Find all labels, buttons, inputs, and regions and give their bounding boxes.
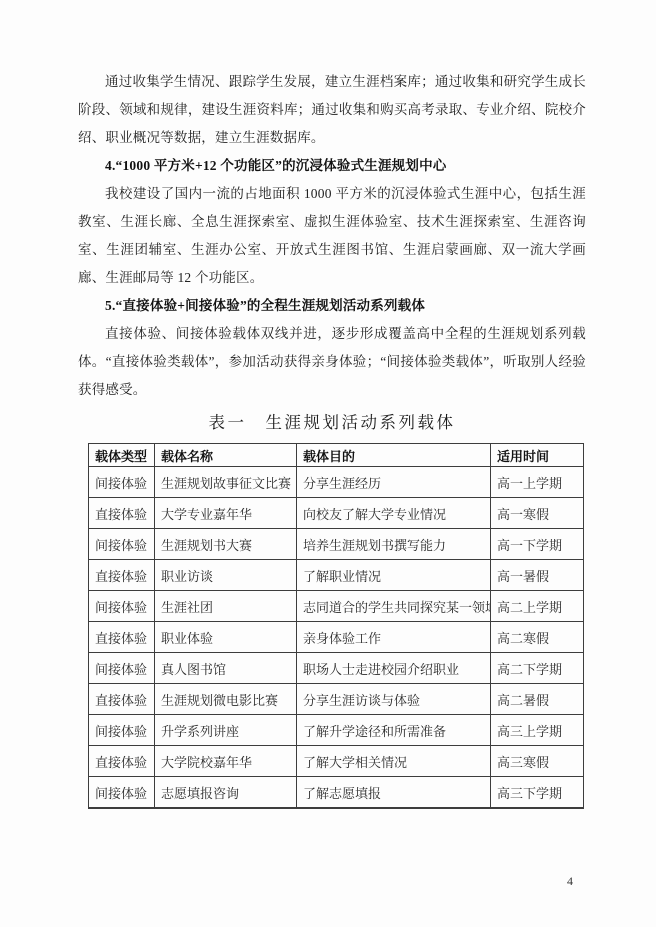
document-page: 通过收集学生情况、跟踪学生发展，建立生涯档案库；通过收集和研究学生成长阶段、领域…	[0, 0, 656, 927]
table-row: 间接体验生涯规划故事征文比赛分享生涯经历高一上学期	[89, 467, 584, 498]
table-cell: 高三上学期	[491, 715, 584, 746]
table-row: 间接体验生涯规划书大赛培养生涯规划书撰写能力高一下学期	[89, 529, 584, 560]
table-cell: 高一暑假	[491, 560, 584, 591]
table-cell: 间接体验	[89, 529, 155, 560]
career-activities-table: 载体类型 载体名称 载体目的 适用时间 间接体验生涯规划故事征文比赛分享生涯经历…	[88, 443, 584, 809]
table-cell: 生涯规划故事征文比赛	[155, 467, 297, 498]
paragraph-carriers-description: 直接体验、间接体验载体双线并进，逐步形成覆盖高中全程的生涯规划系列载体。“直接体…	[78, 320, 586, 404]
table-cell: 生涯规划微电影比赛	[155, 684, 297, 715]
table-cell: 生涯社团	[155, 591, 297, 622]
table-cell: 志愿填报咨询	[155, 777, 297, 809]
table-cell: 间接体验	[89, 715, 155, 746]
table-cell: 高二寒假	[491, 622, 584, 653]
paragraph-career-database: 通过收集学生情况、跟踪学生发展，建立生涯档案库；通过收集和研究学生成长阶段、领域…	[78, 68, 586, 152]
table-cell: 职业体验	[155, 622, 297, 653]
table-cell: 亲身体验工作	[297, 622, 491, 653]
table-header-row: 载体类型 载体名称 载体目的 适用时间	[89, 444, 584, 467]
heading-section-4-career-center: 4.“1000 平方米+12 个功能区”的沉浸体验式生涯规划中心	[78, 152, 586, 180]
table-cell: 了解志愿填报	[297, 777, 491, 809]
table-cell: 高二下学期	[491, 653, 584, 684]
table-cell: 职业访谈	[155, 560, 297, 591]
table-cell: 直接体验	[89, 746, 155, 777]
table-cell: 高一上学期	[491, 467, 584, 498]
page-content: 通过收集学生情况、跟踪学生发展，建立生涯档案库；通过收集和研究学生成长阶段、领域…	[78, 68, 586, 809]
table-row: 间接体验生涯社团志同道合的学生共同探究某一领域高二上学期	[89, 591, 584, 622]
table-cell: 了解升学途径和所需准备	[297, 715, 491, 746]
table-cell: 向校友了解大学专业情况	[297, 498, 491, 529]
table-row: 间接体验真人图书馆职场人士走进校园介绍职业高二下学期	[89, 653, 584, 684]
table-cell: 高二上学期	[491, 591, 584, 622]
table-cell: 直接体验	[89, 560, 155, 591]
table-cell: 高一寒假	[491, 498, 584, 529]
page-number: 4	[563, 874, 577, 889]
heading-section-5-activity-carriers: 5.“直接体验+间接体验”的全程生涯规划活动系列载体	[78, 292, 586, 320]
table-cell: 了解大学相关情况	[297, 746, 491, 777]
column-header-applicable-time: 适用时间	[491, 444, 584, 467]
table-cell: 职场人士走进校园介绍职业	[297, 653, 491, 684]
table-cell: 生涯规划书大赛	[155, 529, 297, 560]
column-header-carrier-goal: 载体目的	[297, 444, 491, 467]
table-row: 直接体验大学专业嘉年华向校友了解大学专业情况高一寒假	[89, 498, 584, 529]
table-cell: 间接体验	[89, 467, 155, 498]
table-cell: 间接体验	[89, 777, 155, 809]
table-cell: 间接体验	[89, 591, 155, 622]
table-row: 直接体验大学院校嘉年华了解大学相关情况高三寒假	[89, 746, 584, 777]
table-row: 直接体验职业体验亲身体验工作高二寒假	[89, 622, 584, 653]
table-cell: 大学专业嘉年华	[155, 498, 297, 529]
column-header-carrier-type: 载体类型	[89, 444, 155, 467]
table-cell: 分享生涯经历	[297, 467, 491, 498]
table-cell: 间接体验	[89, 653, 155, 684]
table-row: 直接体验生涯规划微电影比赛分享生涯访谈与体验高二暑假	[89, 684, 584, 715]
table-cell: 直接体验	[89, 684, 155, 715]
table-cell: 了解职业情况	[297, 560, 491, 591]
table-cell: 分享生涯访谈与体验	[297, 684, 491, 715]
table-cell: 直接体验	[89, 498, 155, 529]
table-cell: 直接体验	[89, 622, 155, 653]
paragraph-career-center-description: 我校建设了国内一流的占地面积 1000 平方米的沉浸体验式生涯中心，包括生涯教室…	[78, 180, 586, 292]
table-cell: 大学院校嘉年华	[155, 746, 297, 777]
column-header-carrier-name: 载体名称	[155, 444, 297, 467]
table-cell: 高二暑假	[491, 684, 584, 715]
table-caption: 表一 生涯规划活动系列载体	[78, 407, 586, 439]
table-row: 间接体验志愿填报咨询了解志愿填报高三下学期	[89, 777, 584, 809]
table-cell: 志同道合的学生共同探究某一领域	[297, 591, 491, 622]
table-cell: 真人图书馆	[155, 653, 297, 684]
table-cell: 高三下学期	[491, 777, 584, 809]
table-row: 直接体验职业访谈了解职业情况高一暑假	[89, 560, 584, 591]
table-row: 间接体验升学系列讲座了解升学途径和所需准备高三上学期	[89, 715, 584, 746]
table-cell: 升学系列讲座	[155, 715, 297, 746]
table-cell: 高三寒假	[491, 746, 584, 777]
table-cell: 高一下学期	[491, 529, 584, 560]
table-cell: 培养生涯规划书撰写能力	[297, 529, 491, 560]
